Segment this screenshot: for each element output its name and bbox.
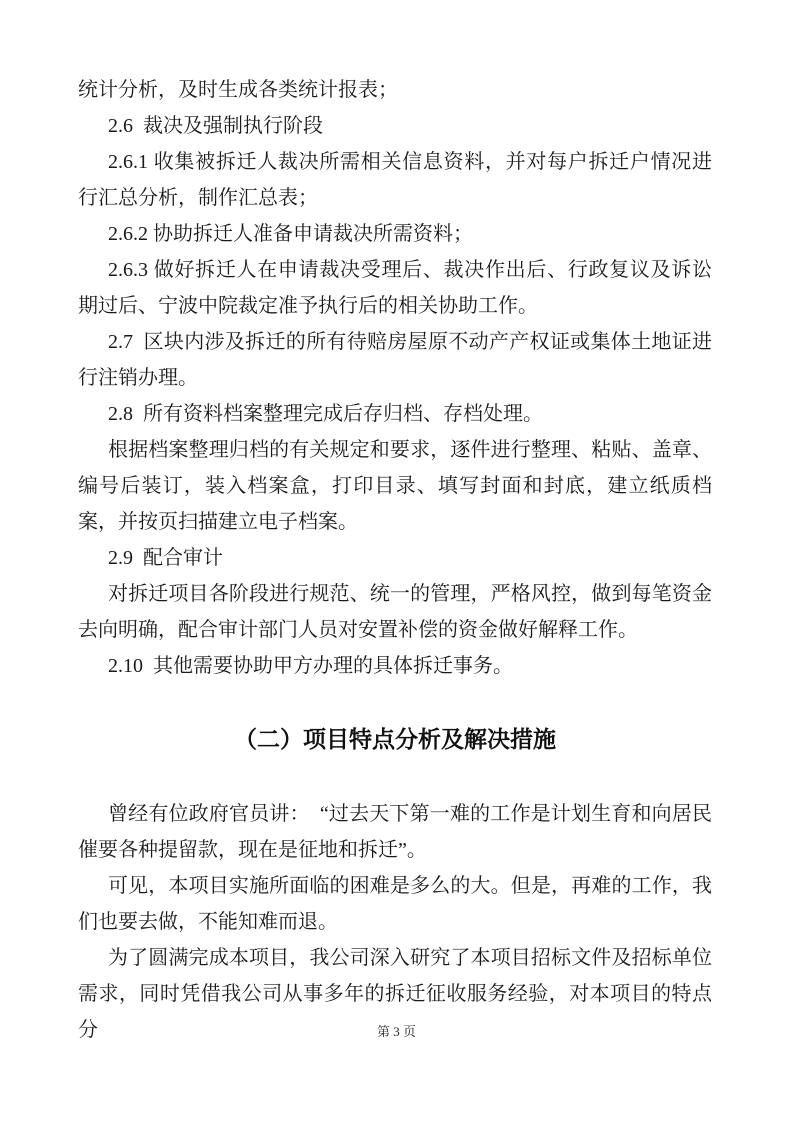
paragraph: 对拆迁项目各阶段进行规范、统一的管理，严格风控，做到每笔资金去向明确，配合审计部… — [78, 576, 712, 648]
paragraph: 2.6.1 收集被拆迁人裁决所需相关信息资料，并对每户拆迁户情况进行汇总分析，制… — [78, 144, 712, 216]
paragraph: 2.6.2 协助拆迁人准备申请裁决所需资料； — [78, 216, 712, 252]
page-number: 第 3 页 — [0, 1024, 793, 1040]
paragraph: 统计分析，及时生成各类统计报表； — [78, 72, 712, 108]
paragraph: 2.10 其他需要协助甲方办理的具体拆迁事务。 — [78, 648, 712, 684]
paragraph: 2.7 区块内涉及拆迁的所有待赔房屋原不动产产权证或集体土地证进行注销办理。 — [78, 324, 712, 396]
paragraph: 曾经有位政府官员讲： “过去天下第一难的工作是计划生育和向居民催要各种提留款，现… — [78, 796, 712, 868]
section-heading: （二）项目特点分析及解决措施 — [78, 722, 712, 758]
paragraph: 可见，本项目实施所面临的困难是多么的大。但是，再难的工作，我们也要去做，不能知难… — [78, 868, 712, 940]
paragraph: 2.8 所有资料档案整理完成后存归档、存档处理。 — [78, 396, 712, 432]
paragraph: 根据档案整理归档的有关规定和要求，逐件进行整理、粘贴、盖章、编号后装订，装入档案… — [78, 432, 712, 540]
paragraph: 2.6 裁决及强制执行阶段 — [78, 108, 712, 144]
paragraph: 2.6.3 做好拆迁人在申请裁决受理后、裁决作出后、行政复议及诉讼期过后、宁波中… — [78, 252, 712, 324]
paragraph: 2.9 配合审计 — [78, 540, 712, 576]
document-page: 统计分析，及时生成各类统计报表； 2.6 裁决及强制执行阶段 2.6.1 收集被… — [0, 0, 793, 1122]
document-content: 统计分析，及时生成各类统计报表； 2.6 裁决及强制执行阶段 2.6.1 收集被… — [78, 72, 712, 1048]
